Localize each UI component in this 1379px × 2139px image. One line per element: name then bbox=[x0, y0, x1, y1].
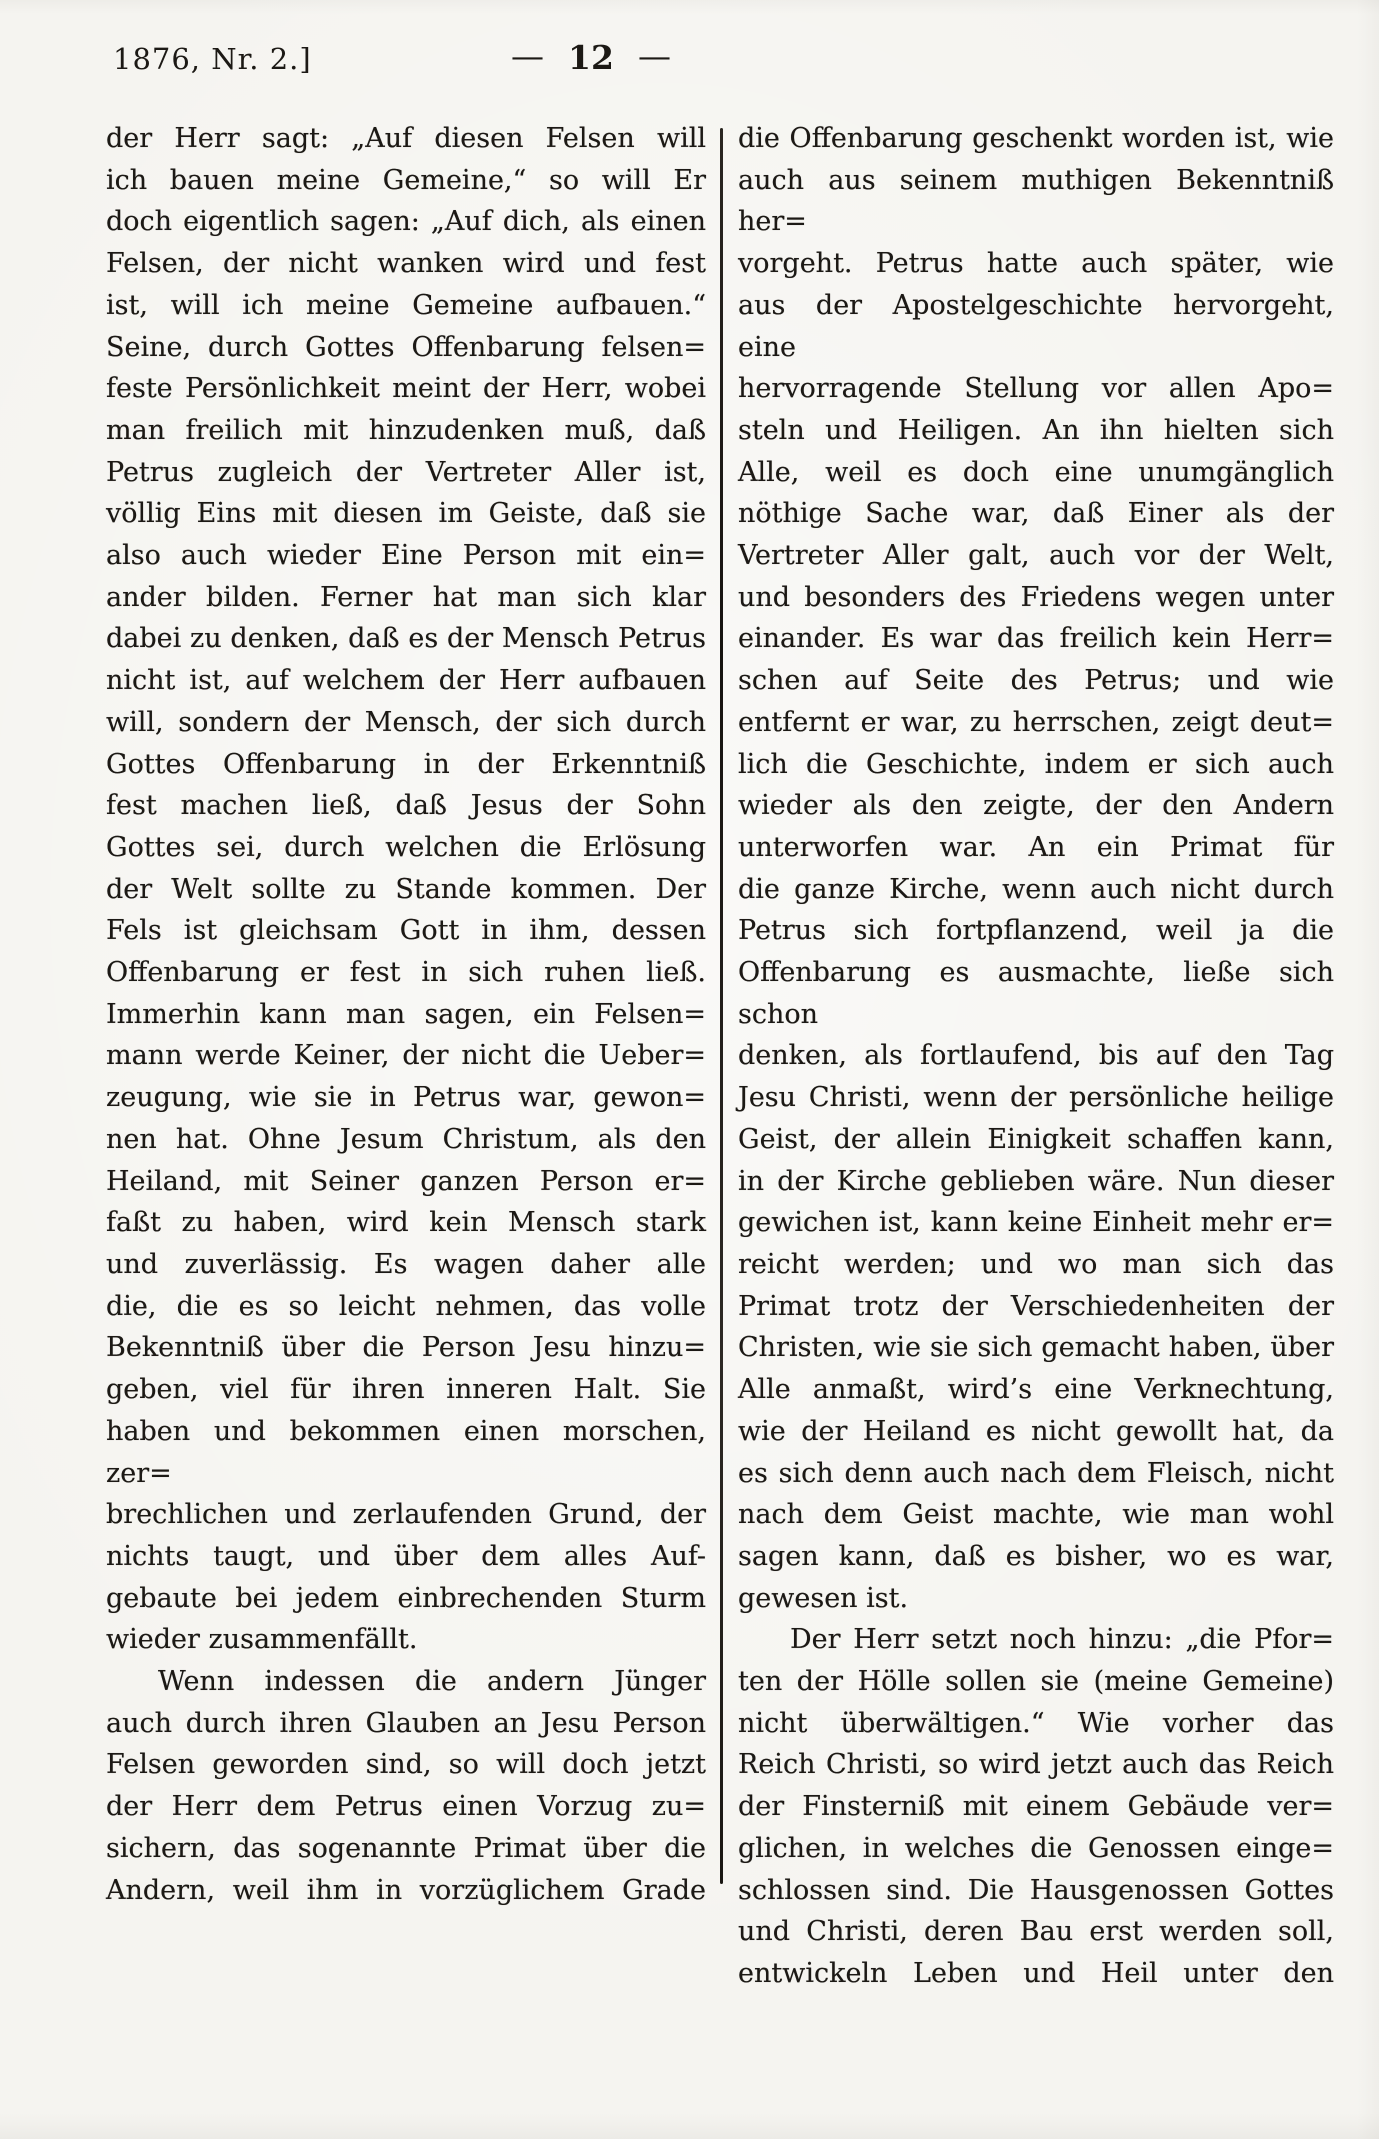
text-line: ist, will ich meine Gemeine aufbauen.“ bbox=[106, 285, 706, 327]
issue-label: 1876, Nr. 2.] bbox=[113, 42, 312, 76]
text-line: Reich Christi, so wird jetzt auch das Re… bbox=[738, 1744, 1334, 1786]
page-number: 12 bbox=[568, 38, 614, 77]
text-line: glichen, in welches die Genossen einge= bbox=[738, 1828, 1334, 1870]
text-line: der Herr sagt: „Auf diesen Felsen will bbox=[106, 118, 706, 160]
text-line: es sich denn auch nach dem Fleisch, nich… bbox=[738, 1453, 1334, 1495]
text-line: gewichen ist, kann keine Einheit mehr er… bbox=[738, 1202, 1334, 1244]
text-line: der Finsterniß mit einem Gebäude ver= bbox=[738, 1786, 1334, 1828]
text-line: unterworfen war. An ein Primat für bbox=[738, 827, 1334, 869]
page-number-dash-left: — bbox=[511, 36, 544, 75]
text-line: ich bauen meine Gemeine,“ so will Er bbox=[106, 160, 706, 202]
text-line: Gottes Offenbarung in der Erkenntniß bbox=[106, 744, 706, 786]
scanned-newspaper-page: 1876, Nr. 2.] —12— der Herr sagt: „Auf d… bbox=[0, 0, 1379, 2139]
text-line: brechlichen und zerlaufenden Grund, der bbox=[106, 1494, 706, 1536]
text-line: doch eigentlich sagen: „Auf dich, als ei… bbox=[106, 201, 706, 243]
text-line: reicht werden; und wo man sich das bbox=[738, 1244, 1334, 1286]
text-line: Bekenntniß über die Person Jesu hinzu= bbox=[106, 1327, 706, 1369]
text-line: nicht überwältigen.“ Wie vorher das bbox=[738, 1703, 1334, 1745]
text-line: und besonders des Friedens wegen unter bbox=[738, 577, 1334, 619]
text-line: sagen kann, daß es bisher, wo es war, bbox=[738, 1536, 1334, 1578]
text-line: gebaute bei jedem einbrechenden Sturm bbox=[106, 1578, 706, 1620]
text-line: faßt zu haben, wird kein Mensch stark bbox=[106, 1202, 706, 1244]
text-line: wieder zusammenfällt. bbox=[106, 1619, 706, 1661]
text-line: Wenn indessen die andern Jünger bbox=[106, 1661, 706, 1703]
text-line: mann werde Keiner, der nicht die Ueber= bbox=[106, 1035, 706, 1077]
text-line: entwickeln Leben und Heil unter den bbox=[738, 1953, 1334, 1995]
text-line: Jesu Christi, wenn der persönliche heili… bbox=[738, 1077, 1334, 1119]
text-line: Offenbarung es ausmachte, ließe sich sch… bbox=[738, 952, 1334, 1035]
text-line: zeugung, wie sie in Petrus war, gewon= bbox=[106, 1077, 706, 1119]
text-line: ten der Hölle sollen sie (meine Gemeine) bbox=[738, 1661, 1334, 1703]
text-line: und zuverlässig. Es wagen daher alle bbox=[106, 1244, 706, 1286]
text-line: gewesen ist. bbox=[738, 1578, 1334, 1620]
text-line: die ganze Kirche, wenn auch nicht durch bbox=[738, 869, 1334, 911]
text-line: Heiland, mit Seiner ganzen Person er= bbox=[106, 1161, 706, 1203]
text-line: schlossen sind. Die Hausgenossen Gottes bbox=[738, 1870, 1334, 1912]
text-line: man freilich mit hinzudenken muß, daß bbox=[106, 410, 706, 452]
text-line: dabei zu denken, daß es der Mensch Petru… bbox=[106, 618, 706, 660]
text-line: die, die es so leicht nehmen, das volle bbox=[106, 1286, 706, 1328]
text-line: Petrus sich fortpflanzend, weil ja die bbox=[738, 910, 1334, 952]
text-line: Vertreter Aller galt, auch vor der Welt, bbox=[738, 535, 1334, 577]
text-line: nach dem Geist machte, wie man wohl bbox=[738, 1494, 1334, 1536]
text-line: sichern, das sogenannte Primat über die bbox=[106, 1828, 706, 1870]
text-line: Andern, weil ihm in vorzüglichem Grade bbox=[106, 1870, 706, 1912]
text-line: wieder als den zeigte, der den Andern bbox=[738, 785, 1334, 827]
text-line: Christen, wie sie sich gemacht haben, üb… bbox=[738, 1327, 1334, 1369]
text-line: also auch wieder Eine Person mit ein= bbox=[106, 535, 706, 577]
text-line: auch durch ihren Glauben an Jesu Person bbox=[106, 1703, 706, 1745]
text-line: völlig Eins mit diesen im Geiste, daß si… bbox=[106, 493, 706, 535]
text-line: hervorragende Stellung vor allen Apo= bbox=[738, 368, 1334, 410]
text-line: die Offenbarung geschenkt worden ist, wi… bbox=[738, 118, 1334, 160]
text-line: will, sondern der Mensch, der sich durch bbox=[106, 702, 706, 744]
text-line: Geist, der allein Einigkeit schaffen kan… bbox=[738, 1119, 1334, 1161]
text-line: Der Herr setzt noch hinzu: „die Pfor= bbox=[738, 1619, 1334, 1661]
text-line: lich die Geschichte, indem er sich auch bbox=[738, 744, 1334, 786]
text-line: Fels ist gleichsam Gott in ihm, dessen bbox=[106, 910, 706, 952]
text-line: feste Persönlichkeit meint der Herr, wob… bbox=[106, 368, 706, 410]
text-line: einander. Es war das freilich kein Herr= bbox=[738, 618, 1334, 660]
page-number-group: —12— bbox=[487, 38, 695, 77]
text-line: der Welt sollte zu Stande kommen. Der bbox=[106, 869, 706, 911]
right-text-column: die Offenbarung geschenkt worden ist, wi… bbox=[738, 118, 1334, 1995]
text-line: Alle anmaßt, wird’s eine Verknechtung, bbox=[738, 1369, 1334, 1411]
text-line: Offenbarung er fest in sich ruhen ließ. bbox=[106, 952, 706, 994]
text-line: wie der Heiland es nicht gewollt hat, da bbox=[738, 1411, 1334, 1453]
text-line: Gottes sei, durch welchen die Erlösung bbox=[106, 827, 706, 869]
text-line: aus der Apostelgeschichte hervorgeht, ei… bbox=[738, 285, 1334, 368]
text-line: ander bilden. Ferner hat man sich klar bbox=[106, 577, 706, 619]
text-line: entfernt er war, zu herrschen, zeigt deu… bbox=[738, 702, 1334, 744]
text-line: in der Kirche geblieben wäre. Nun dieser bbox=[738, 1161, 1334, 1203]
text-line: steln und Heiligen. An ihn hielten sich bbox=[738, 410, 1334, 452]
text-line: fest machen ließ, daß Jesus der Sohn bbox=[106, 785, 706, 827]
text-line: Petrus zugleich der Vertreter Aller ist, bbox=[106, 452, 706, 494]
text-line: nichts taugt, und über dem alles Auf- bbox=[106, 1536, 706, 1578]
text-line: vorgeht. Petrus hatte auch später, wie bbox=[738, 243, 1334, 285]
text-line: Felsen geworden sind, so will doch jetzt bbox=[106, 1744, 706, 1786]
text-line: denken, als fortlaufend, bis auf den Tag bbox=[738, 1035, 1334, 1077]
column-divider-rule bbox=[720, 128, 723, 1884]
text-line: schen auf Seite des Petrus; und wie bbox=[738, 660, 1334, 702]
text-line: Felsen, der nicht wanken wird und fest bbox=[106, 243, 706, 285]
text-line: und Christi, deren Bau erst werden soll, bbox=[738, 1911, 1334, 1953]
text-line: geben, viel für ihren inneren Halt. Sie bbox=[106, 1369, 706, 1411]
page-number-dash-right: — bbox=[638, 36, 671, 75]
text-line: nen hat. Ohne Jesum Christum, als den bbox=[106, 1119, 706, 1161]
left-text-column: der Herr sagt: „Auf diesen Felsen willic… bbox=[106, 118, 706, 1911]
text-line: haben und bekommen einen morschen, zer= bbox=[106, 1411, 706, 1494]
text-line: Seine, durch Gottes Offenbarung felsen= bbox=[106, 327, 706, 369]
text-line: Immerhin kann man sagen, ein Felsen= bbox=[106, 994, 706, 1036]
text-line: auch aus seinem muthigen Bekenntniß her= bbox=[738, 160, 1334, 243]
text-line: der Herr dem Petrus einen Vorzug zu= bbox=[106, 1786, 706, 1828]
text-line: Primat trotz der Verschiedenheiten der bbox=[738, 1286, 1334, 1328]
text-line: Alle, weil es doch eine unumgänglich bbox=[738, 452, 1334, 494]
text-line: nicht ist, auf welchem der Herr aufbauen bbox=[106, 660, 706, 702]
text-line: nöthige Sache war, daß Einer als der bbox=[738, 493, 1334, 535]
